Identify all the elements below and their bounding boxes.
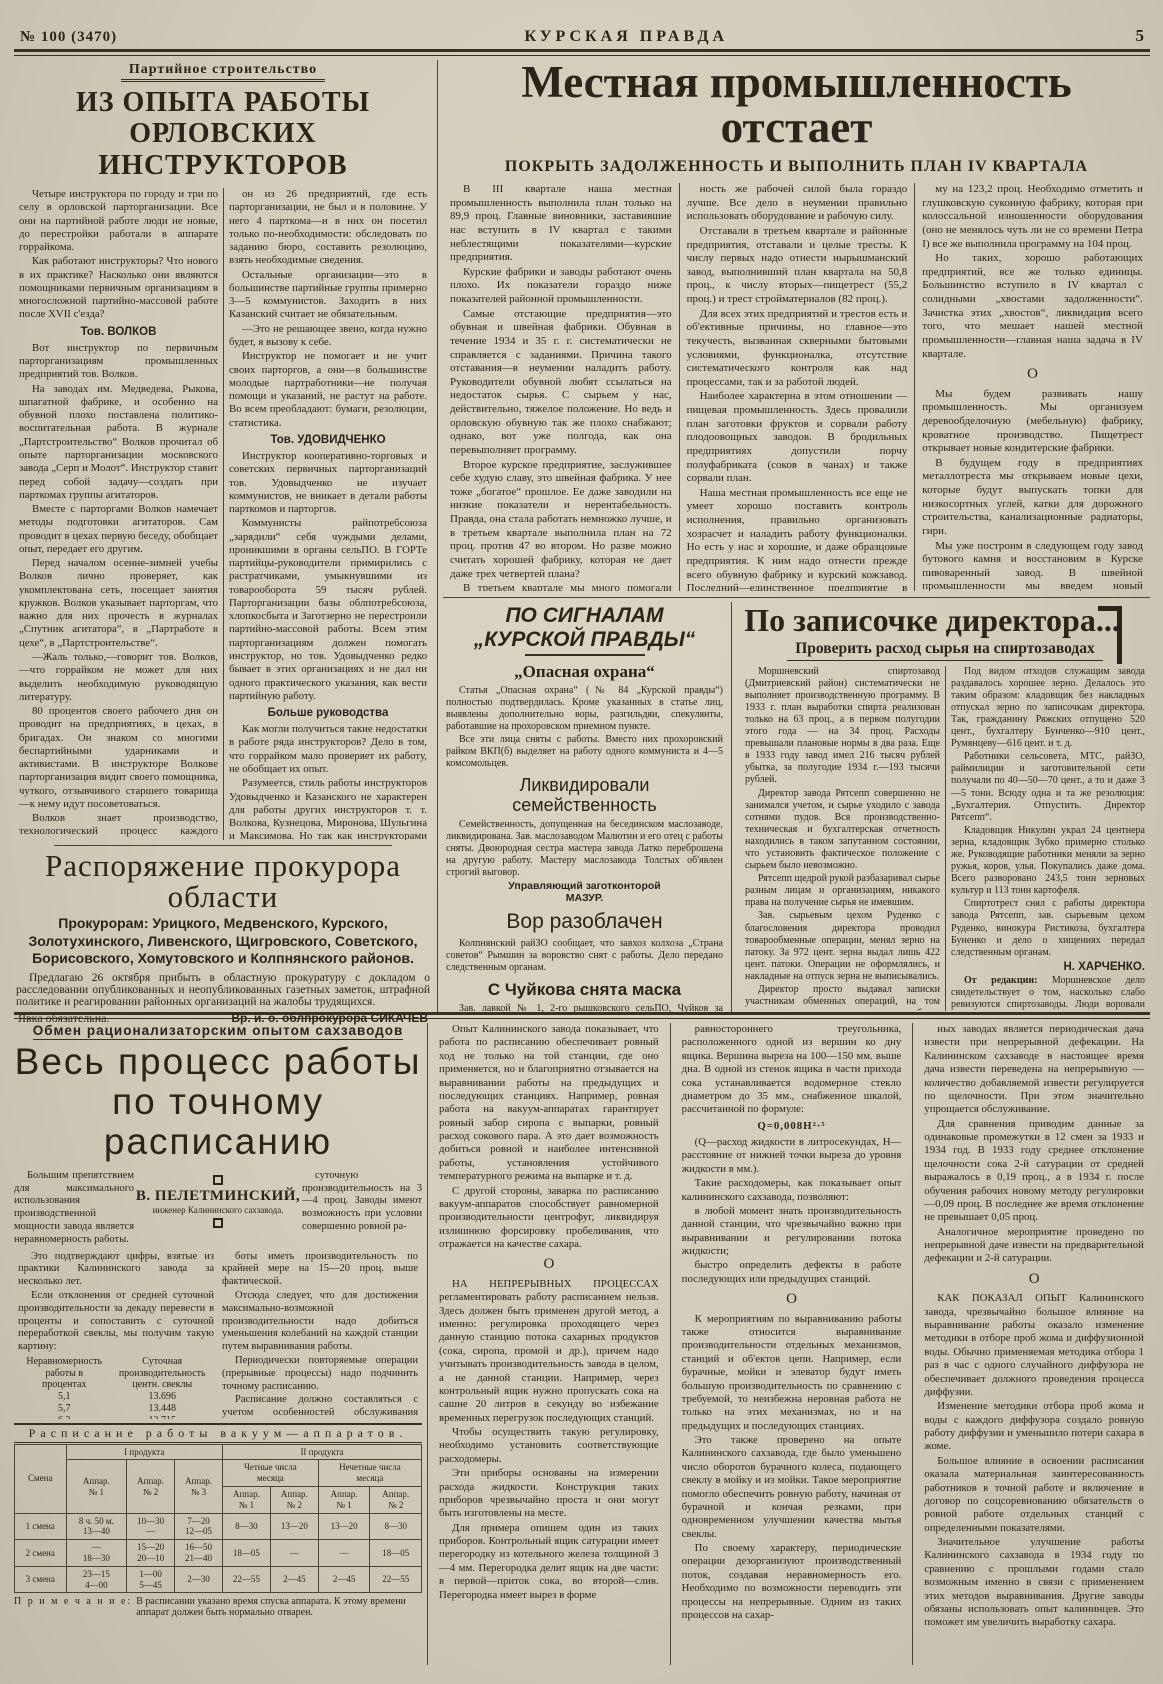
article-body: Статья „Опасная охрана“ (№ 84 „Курской п… (446, 685, 723, 770)
table-row: 6,312.715 (18, 1415, 214, 1419)
issue-number: № 100 (3470) (20, 29, 117, 46)
head-line1: Ликвидировали (446, 776, 723, 796)
paragraph: Мы будем развивать нашу промышленность. … (922, 388, 1143, 456)
table-cell: 2—45 (270, 1566, 318, 1593)
paragraph: Второе курское предприятие, заслужившее … (450, 459, 672, 582)
paragraph: Перед началом осенне-зимней учебы Волков… (19, 557, 218, 650)
table-row: 1 смена 8 ч. 50 м. 13—40 10—30 — 7—20 12… (15, 1513, 422, 1540)
paragraph: Инструктор не помогает и не учит своих п… (229, 350, 427, 430)
vacuum-apparatus-schedule-table: Смена I продукта II продукта Аппар. № 1 … (14, 1444, 422, 1594)
main-article-body: В III квартале наша местная промышленнос… (443, 183, 1150, 591)
paragraph: Работники сельсовета, МТС, райЗО, раймил… (951, 751, 1145, 824)
paragraph: КАК ПОКАЗАЛ ОПЫТ Калининского завода, чр… (924, 1292, 1144, 1399)
paragraph: Опыт Калининского завода показывает, что… (439, 1023, 659, 1184)
director-box-subtitle: Проверить расход сырья на спиртозаводах (787, 640, 1103, 661)
paragraph: Все эти лица сняты с работы. Вместо них … (446, 734, 723, 770)
table-cell: 5,7 (18, 1403, 110, 1415)
paragraph: ность же рабочей силой была гораздо лучш… (687, 183, 908, 224)
paragraph: (Q—расход жидкости в литросекундах, Н—ра… (682, 1136, 902, 1176)
paragraph: О (682, 1290, 902, 1309)
bottom-section: Обмен рационализаторским опытом сахзавод… (14, 1023, 1150, 1665)
paragraph: ных заводах является периодическая дача … (924, 1023, 1144, 1117)
paragraph: Четыре инструктора по городу и три по се… (19, 188, 218, 254)
paragraph: Такие расходомеры, как показывает опыт к… (682, 1177, 902, 1204)
paragraph: суточную производительность на 3—4 проц.… (302, 1170, 422, 1234)
intro-left: Большим препятствием для максимального и… (14, 1170, 134, 1248)
paragraph: Если отклонения от средней суточной прои… (18, 1290, 214, 1354)
paragraph: В III квартале наша местная промышленнос… (450, 183, 672, 265)
paragraph: Колпнянский райЗО сообщает, что завхоз к… (446, 938, 723, 974)
table-cell: 5,1 (18, 1391, 110, 1403)
sugar-article-lead: Обмен рационализаторским опытом сахзавод… (14, 1023, 422, 1665)
signals-title: ПО СИГНАЛАМ „КУРСКОЙ ПРАВДЫ“ (446, 604, 723, 652)
square-ornament (213, 1218, 223, 1228)
table-cell: 8—30 (222, 1513, 270, 1540)
paragraph: Директор завода Рятсепп совершенно не за… (745, 788, 940, 873)
prosecutor-addressee: Прокурорам: Урицкого, Медвенского, Курск… (20, 915, 426, 968)
paragraph: Директор просто выдавал записки участник… (745, 984, 940, 1011)
square-ornament (213, 1175, 223, 1185)
paragraph: В третьем квартале мы много помогали это… (450, 582, 672, 590)
main-headline: Местная промышленность отстает (443, 60, 1150, 150)
headline-line2: по точному расписанию (14, 1082, 422, 1162)
table-cell: 22—55 (222, 1566, 270, 1593)
table-cell: 10—30 — (127, 1513, 175, 1540)
table-cell: 2—30 (175, 1566, 223, 1593)
table-cell: 13.448 (110, 1403, 214, 1415)
table-cell: 8 ч. 50 м. 13—40 (66, 1513, 127, 1540)
paragraph: О (922, 365, 1143, 384)
paragraph: Изменение методики отбора проб жома и во… (924, 1400, 1144, 1454)
paragraph: Это также проверено на опыте Калининског… (682, 1434, 902, 1541)
section-divider (54, 845, 392, 846)
table-row: 3 смена 23—15 4—00 1—00 5—45 2—30 22—55 … (15, 1566, 422, 1593)
top-section: Партийное строительство ИЗ ОПЫТА РАБОТЫ … (14, 60, 1150, 1012)
masthead: № 100 (3470) КУРСКАЯ ПРАВДА 5 (14, 26, 1150, 49)
table-cell: 1—00 5—45 (127, 1566, 175, 1593)
paragraph: Для всех этих предприятий и трестов есть… (687, 308, 908, 390)
vertical-rule (437, 60, 438, 1012)
paragraph: Вот инструктор по первичным парторганиза… (19, 342, 218, 382)
sugar-lead-col-right: боты иметь производительность по крайней… (218, 1251, 422, 1419)
director-title-text: По записочке директора... (744, 602, 1120, 638)
paragraph: Но таких, хорошо работающих предприятий,… (922, 252, 1143, 361)
table-cell: 13.696 (110, 1391, 214, 1403)
row-label: 3 смена (15, 1566, 67, 1593)
paragraph: Инструктор кооперативно-торговых и совет… (229, 450, 427, 516)
paragraph: —Это не решающее звено, когда нужно буде… (229, 323, 427, 350)
vertical-rule (427, 1023, 428, 1665)
table-cell: 15—20 20—10 (127, 1540, 175, 1567)
paragraph: Наша местная промышленность все еще не у… (687, 487, 908, 591)
paragraph: Отсюда следует, что для достижения макси… (222, 1290, 418, 1354)
rubric-rationalization: Обмен рационализаторским опытом сахзавод… (33, 1023, 404, 1040)
note-text: В расписании указано время спуска аппара… (136, 1596, 422, 1618)
paragraph: в любой момент знать производительность … (682, 1205, 902, 1259)
director-column-1: Моршневский спиртозавод (Дмитриевский ра… (740, 666, 945, 1011)
signature-mazur: МАЗУР. (446, 892, 723, 904)
table-cell: 16—50 21—40 (175, 1540, 223, 1567)
col-header-app1: Аппар. № 1 (66, 1460, 127, 1513)
table-cell: 18—05 (370, 1540, 422, 1567)
table-cell: — (270, 1540, 318, 1567)
party-article: Партийное строительство ИЗ ОПЫТА РАБОТЫ … (14, 60, 432, 1012)
table-cell: — (318, 1540, 370, 1567)
paragraph: Зав. сырьевым цехом Руденко с благослове… (745, 910, 940, 983)
article-body: Зав. лавкой № 1, 2-го рышковского сельПО… (446, 1003, 723, 1012)
director-column-2-text: Под видом отходов служащим завода раздав… (951, 666, 1145, 975)
row-label: 2 смена (15, 1540, 67, 1567)
sugar-article-headline: Весь процесс работы по точному расписани… (14, 1042, 422, 1162)
table-cell: 7—20 12—05 (175, 1513, 223, 1540)
paragraph: Спиртотрест снял с работы директора заво… (951, 898, 1145, 958)
main-column-3-text: му на 123,2 проц. Необходимо отметить и … (922, 183, 1143, 591)
col-header-app2: Аппар. № 2 (370, 1487, 422, 1514)
author-name: В. ПЕЛЕТМИНСКИЙ, (134, 1188, 302, 1205)
col-header-app1: Аппар. № 1 (318, 1487, 370, 1514)
paragraph: НА НЕПРЕРЫВНЫХ ПРОЦЕССАХ регламентироват… (439, 1278, 659, 1425)
paragraph: Волков знает производство, технологическ… (19, 812, 218, 840)
party-article-headline: ИЗ ОПЫТА РАБОТЫ ОРЛОВСКИХ ИНСТРУКТОРОВ (14, 87, 432, 181)
paragraph: Моршневский спиртозавод (Дмитриевский ра… (745, 666, 940, 787)
col-group-odd-days: Нечетные числа месяца (318, 1460, 421, 1487)
editorial-note: От редакции: Моршневское дело свидетельс… (951, 975, 1145, 1011)
main-column-1: В III квартале наша местная промышленнос… (443, 183, 679, 591)
paragraph: Как могли получиться такие недостатки в … (229, 723, 427, 776)
paragraph: Статья „Опасная охрана“ (№ 84 „Курской п… (446, 685, 723, 733)
corner-bracket-decoration (1098, 606, 1122, 664)
prosecutor-body: Предлагаю 26 октября прибыть в областную… (14, 972, 432, 1008)
paragraph: му на 123,2 проц. Необходимо отметить и … (922, 183, 1143, 251)
party-column-2: он из 26 предприятий, где есть парторган… (223, 188, 432, 840)
paragraph: Кладовщик Никулин украл 24 центнера зерн… (951, 825, 1145, 898)
paragraph: О (439, 1255, 659, 1274)
paragraph: Q=0,008Н²·⁵ (682, 1120, 902, 1133)
table-row: 5,113.696 (18, 1391, 214, 1403)
paragraph: Под видом отходов служащим завода раздав… (951, 666, 1145, 751)
paragraph: Аналогичное мероприятие проведено по неп… (924, 1226, 1144, 1266)
article-head-chuikov-mask: С Чуйкова снята маска (446, 980, 723, 1000)
lead-left-text: Это подтверждают цифры, взятые из практи… (18, 1251, 214, 1354)
newspaper-title: КУРСКАЯ ПРАВДА (524, 28, 728, 46)
table-row: 5,713.448 (18, 1403, 214, 1415)
paragraph: Наиболее характерна в этом отношении — п… (687, 390, 908, 485)
paragraph: Отставали в третьем квартале и районные … (687, 225, 908, 307)
sugar-column-3: равностороннего треугольника, расположен… (676, 1023, 908, 1665)
party-column-1: Четыре инструктора по городу и три по се… (14, 188, 223, 840)
paragraph: Коммунисты райпотребсоюза „зарядили“ себ… (229, 517, 427, 703)
paragraph: По своему характеру, периодические опера… (682, 1542, 902, 1622)
col-group-product1: I продукта (66, 1444, 222, 1460)
rubric-party-construction: Партийное строительство (121, 62, 325, 82)
paragraph: Мы уже построим в следующем году завод б… (922, 540, 1143, 591)
sugar-lead-col-left: Это подтверждают цифры, взятые из практи… (14, 1251, 218, 1419)
main-column-2: ность же рабочей силой была гораздо лучш… (679, 183, 915, 591)
editorial-label: От редакции: (964, 975, 1037, 986)
article-body: Колпнянский райЗО сообщает, что завхоз к… (446, 938, 723, 974)
paragraph: Курские фабрики и заводы работают очень … (450, 266, 672, 307)
paragraph: —Жаль только,—говорит тов. Волков,—что г… (19, 651, 218, 704)
row-label: 1 смена (15, 1513, 67, 1540)
table-cell: 13—20 (318, 1513, 370, 1540)
perf-header-2: Суточная производительность центн. свекл… (110, 1356, 214, 1391)
paragraph: равностороннего треугольника, расположен… (682, 1023, 902, 1117)
director-note-box: По записочке директора... Проверить расх… (731, 602, 1150, 1012)
director-box-body: Моршневский спиртозавод (Дмитриевский ра… (740, 666, 1150, 1011)
signature: Н. ХАРЧЕНКО. (951, 961, 1145, 975)
paragraph: Разумеется, стиль работы инструкторов Уд… (229, 777, 427, 840)
paragraph: Остальные организации—это в большинстве … (229, 269, 427, 322)
col-header-shift: Смена (15, 1444, 67, 1513)
table-cell: 23—15 4—00 (66, 1566, 127, 1593)
article-head-nepotism: Ликвидировали семейственность (446, 776, 723, 816)
byline-row: Большим препятствием для максимального и… (14, 1170, 422, 1248)
paragraph: Периодически повторяемые операции (преры… (222, 1355, 418, 1393)
paragraph: Для сравнения приводим данные за одинако… (924, 1118, 1144, 1225)
signals-box: ПО СИГНАЛАМ „КУРСКОЙ ПРАВДЫ“ „Опасная ох… (443, 602, 731, 1012)
col-group-product2: II продукта (222, 1444, 421, 1460)
schedule-table-title: Расписание работы вакуум—аппаратов. (14, 1423, 422, 1443)
paragraph: быстро определить дефекты в работе после… (682, 1259, 902, 1286)
paragraph: Значительное улучшение работы Калининско… (924, 1536, 1144, 1630)
col-header-app3: Аппар. № 3 (175, 1460, 223, 1513)
col-group-even-days: Четные числа месяца (222, 1460, 318, 1487)
signals-underline (525, 654, 645, 656)
paragraph: он из 26 предприятий, где есть парторган… (229, 188, 427, 268)
table-cell: 22—55 (370, 1566, 422, 1593)
page-number: 5 (1136, 26, 1145, 46)
col-header-app2: Аппар. № 2 (127, 1460, 175, 1513)
paragraph: Зав. лавкой № 1, 2-го рышковского сельПО… (446, 1003, 723, 1012)
headline-line2: ОРЛОВСКИХ ИНСТРУКТОРОВ (14, 118, 432, 181)
paragraph: Расписание должно составляться с учетом … (222, 1394, 418, 1418)
masthead-rule (14, 49, 1150, 56)
intro-right: суточную производительность на 3—4 проц.… (302, 1170, 422, 1248)
schedule-note: П р и м е ч а н и е: В расписании указан… (14, 1596, 422, 1618)
headline-line1: Весь процесс работы (14, 1042, 422, 1082)
party-article-body: Четыре инструктора по городу и три по се… (14, 188, 432, 840)
paragraph: Большое влияние в освоении расписания ок… (924, 1455, 1144, 1535)
head-line2: семейственность (446, 796, 723, 816)
paragraph: Большим препятствием для максимального и… (14, 1170, 134, 1247)
headline-line1: ИЗ ОПЫТА РАБОТЫ (14, 87, 432, 118)
main-column-3: му на 123,2 проц. Необходимо отметить и … (914, 183, 1150, 591)
author-role: инженер Калининского сахзавода. (134, 1205, 302, 1215)
col-header-app2: Аппар. № 2 (270, 1487, 318, 1514)
perf-header-1: Неравномерность работы в процентах (18, 1356, 110, 1391)
paragraph: Чтобы осуществить такую регулировку, нео… (439, 1426, 659, 1466)
paragraph: Самые отстающие предприятия—это обувная … (450, 308, 672, 458)
paragraph: Эти приборы основаны на измерении расход… (439, 1467, 659, 1521)
article-head-dangerous-guard: „Опасная охрана“ (446, 662, 723, 682)
main-subhead: ПОКРЫТЬ ЗАДОЛЖЕННОСТЬ И ВЫПОЛНИТЬ ПЛАН I… (443, 158, 1150, 176)
main-article-area: Местная промышленность отстает ПОКРЫТЬ З… (443, 60, 1150, 1012)
vertical-rule (670, 1023, 671, 1665)
vertical-rule (912, 1023, 913, 1665)
prosecutor-headline: Распоряжение прокурора области (14, 850, 432, 912)
sugar-column-2: Опыт Калининского завода показывает, что… (433, 1023, 665, 1665)
note-label: П р и м е ч а н и е: (14, 1596, 132, 1618)
paragraph: Вместе с парторгами Волков намечает мето… (19, 503, 218, 556)
director-column-2: Под видом отходов служащим завода раздав… (945, 666, 1150, 1011)
subheading: Тов. УДОВИДЧЕНКО (229, 433, 427, 447)
paragraph: На заводах им. Медведева, Рыкова, шпагат… (19, 383, 218, 502)
col-header-app1: Аппар. № 1 (222, 1487, 270, 1514)
article-head-thief-exposed: Вор разоблачен (446, 910, 723, 934)
sugar-column-4: ных заводах является периодическая дача … (918, 1023, 1150, 1665)
director-box-title: По записочке директора... (740, 604, 1124, 636)
paragraph: С другой стороны, заварка по расписанию … (439, 1185, 659, 1252)
prosecutor-order: Распоряжение прокурора области Прокурора… (14, 850, 432, 1026)
article-body: Семейственность, допущенная на бесединск… (446, 819, 723, 879)
newspaper-page: № 100 (3470) КУРСКАЯ ПРАВДА 5 Партийное … (0, 0, 1163, 1684)
paragraph: Семейственность, допущенная на бесединск… (446, 819, 723, 879)
paragraph: Рятсепп щедрой рукой разбазаривал сырье … (745, 873, 940, 909)
paragraph: Это подтверждают цифры, взятые из практи… (18, 1251, 214, 1289)
paragraph: боты иметь производительность по крайней… (222, 1251, 418, 1289)
paragraph: В будущем году в предприятиях металлотре… (922, 457, 1143, 539)
table-cell: 18—05 (222, 1540, 270, 1567)
table-cell: — 18—30 (66, 1540, 127, 1567)
table-cell: 12.715 (110, 1415, 214, 1419)
paragraph: Как работают инструкторы? Что нового в и… (19, 255, 218, 321)
signals-title-line1: ПО СИГНАЛАМ (446, 604, 723, 628)
table-cell: 2—45 (318, 1566, 370, 1593)
paragraph: О (924, 1270, 1144, 1289)
schedule-table-block: Расписание работы вакуум—аппаратов. Смен… (14, 1423, 422, 1619)
table-cell: 8—30 (370, 1513, 422, 1540)
signals-title-line2: „КУРСКОЙ ПРАВДЫ“ (446, 628, 723, 652)
paragraph: К мероприятиям по выравниванию работы та… (682, 1313, 902, 1433)
paragraph: Для примера опишем один из таких приборо… (439, 1522, 659, 1602)
paragraph: 80 процентов своего рабочего дня он пров… (19, 705, 218, 811)
table-cell: 13—20 (270, 1513, 318, 1540)
table-cell: 6,3 (18, 1415, 110, 1419)
subheading: Тов. ВОЛКОВ (19, 325, 218, 339)
sugar-lead-columns: Это подтверждают цифры, взятые из практи… (14, 1251, 422, 1419)
signature-mazur-role: Управляющий заготконторой (446, 880, 723, 892)
byline-block: В. ПЕЛЕТМИНСКИЙ, инженер Калининского са… (134, 1170, 302, 1248)
subheading: Больше руководства (229, 706, 427, 720)
table-row: 2 смена — 18—30 15—20 20—10 16—50 21—40 … (15, 1540, 422, 1567)
feature-boxes: ПО СИГНАЛАМ „КУРСКОЙ ПРАВДЫ“ „Опасная ох… (443, 597, 1150, 1012)
performance-table: Неравномерность работы в процентах Суточ… (18, 1356, 214, 1419)
